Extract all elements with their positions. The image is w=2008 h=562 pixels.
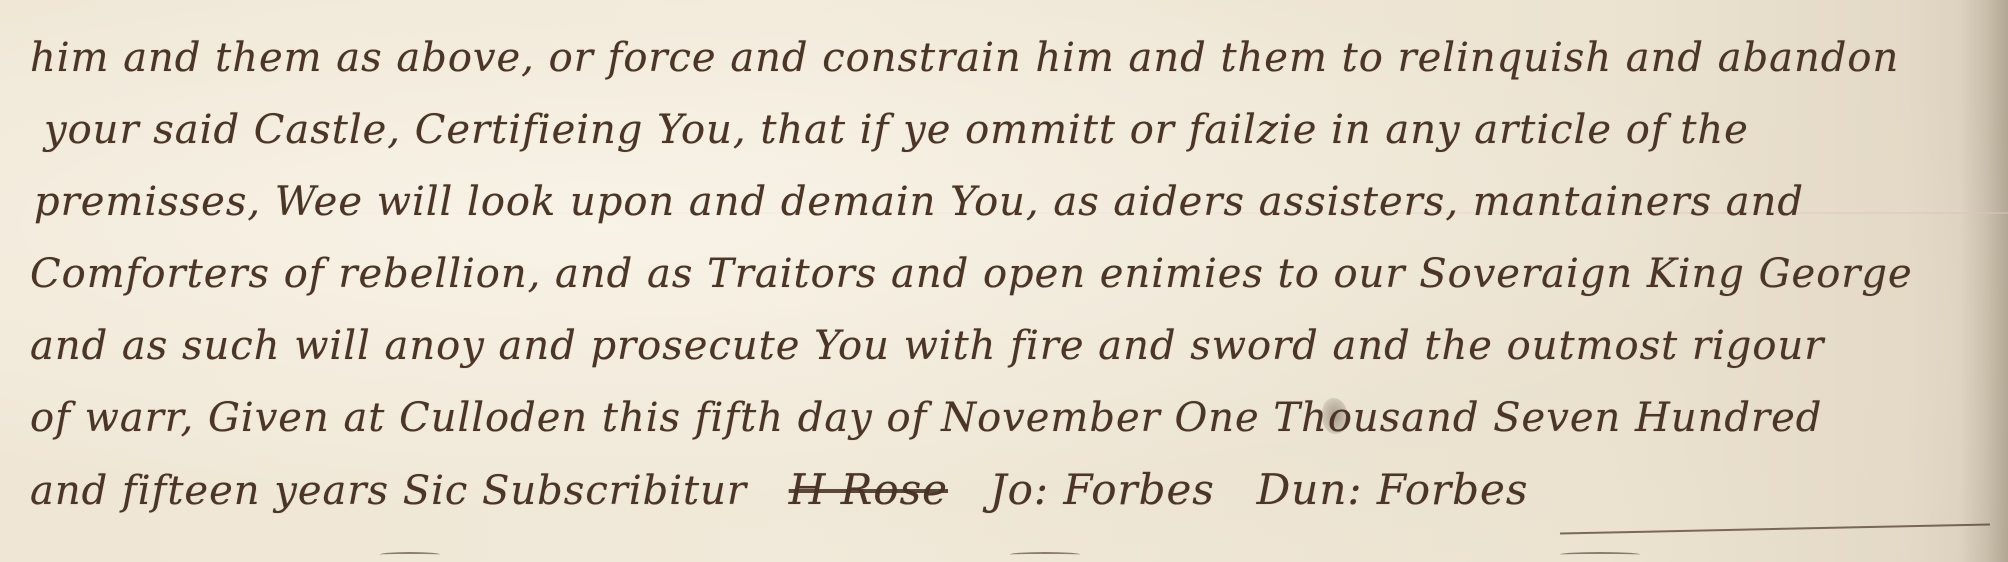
text-line-3: premisses, Wee will look upon and demain…: [30, 166, 1990, 238]
text-line-4: Comforters of rebellion, and as Traitors…: [30, 238, 1990, 310]
cut-off-next-line: [0, 548, 2008, 562]
manuscript-page: him and them as above, or force and cons…: [0, 0, 2008, 562]
text-line-2: your said Castle, Certifieing You, that …: [30, 94, 1990, 166]
text-line-1: him and them as above, or force and cons…: [30, 22, 1990, 94]
text-line-7: and fifteen years Sic Subscribitur H Ros…: [30, 454, 1990, 526]
signature-jo-forbes: Jo: Forbes: [990, 465, 1215, 514]
manuscript-text: him and them as above, or force and cons…: [30, 22, 1990, 526]
closing-phrase: and fifteen years Sic Subscribitur: [30, 468, 747, 514]
text-line-5: and as such will anoy and prosecute You …: [30, 310, 1990, 382]
signature-rose: H Rose: [789, 465, 948, 514]
signature-dun-forbes: Dun: Forbes: [1257, 465, 1529, 514]
text-line-6: of warr, Given at Culloden this fifth da…: [30, 382, 1990, 454]
